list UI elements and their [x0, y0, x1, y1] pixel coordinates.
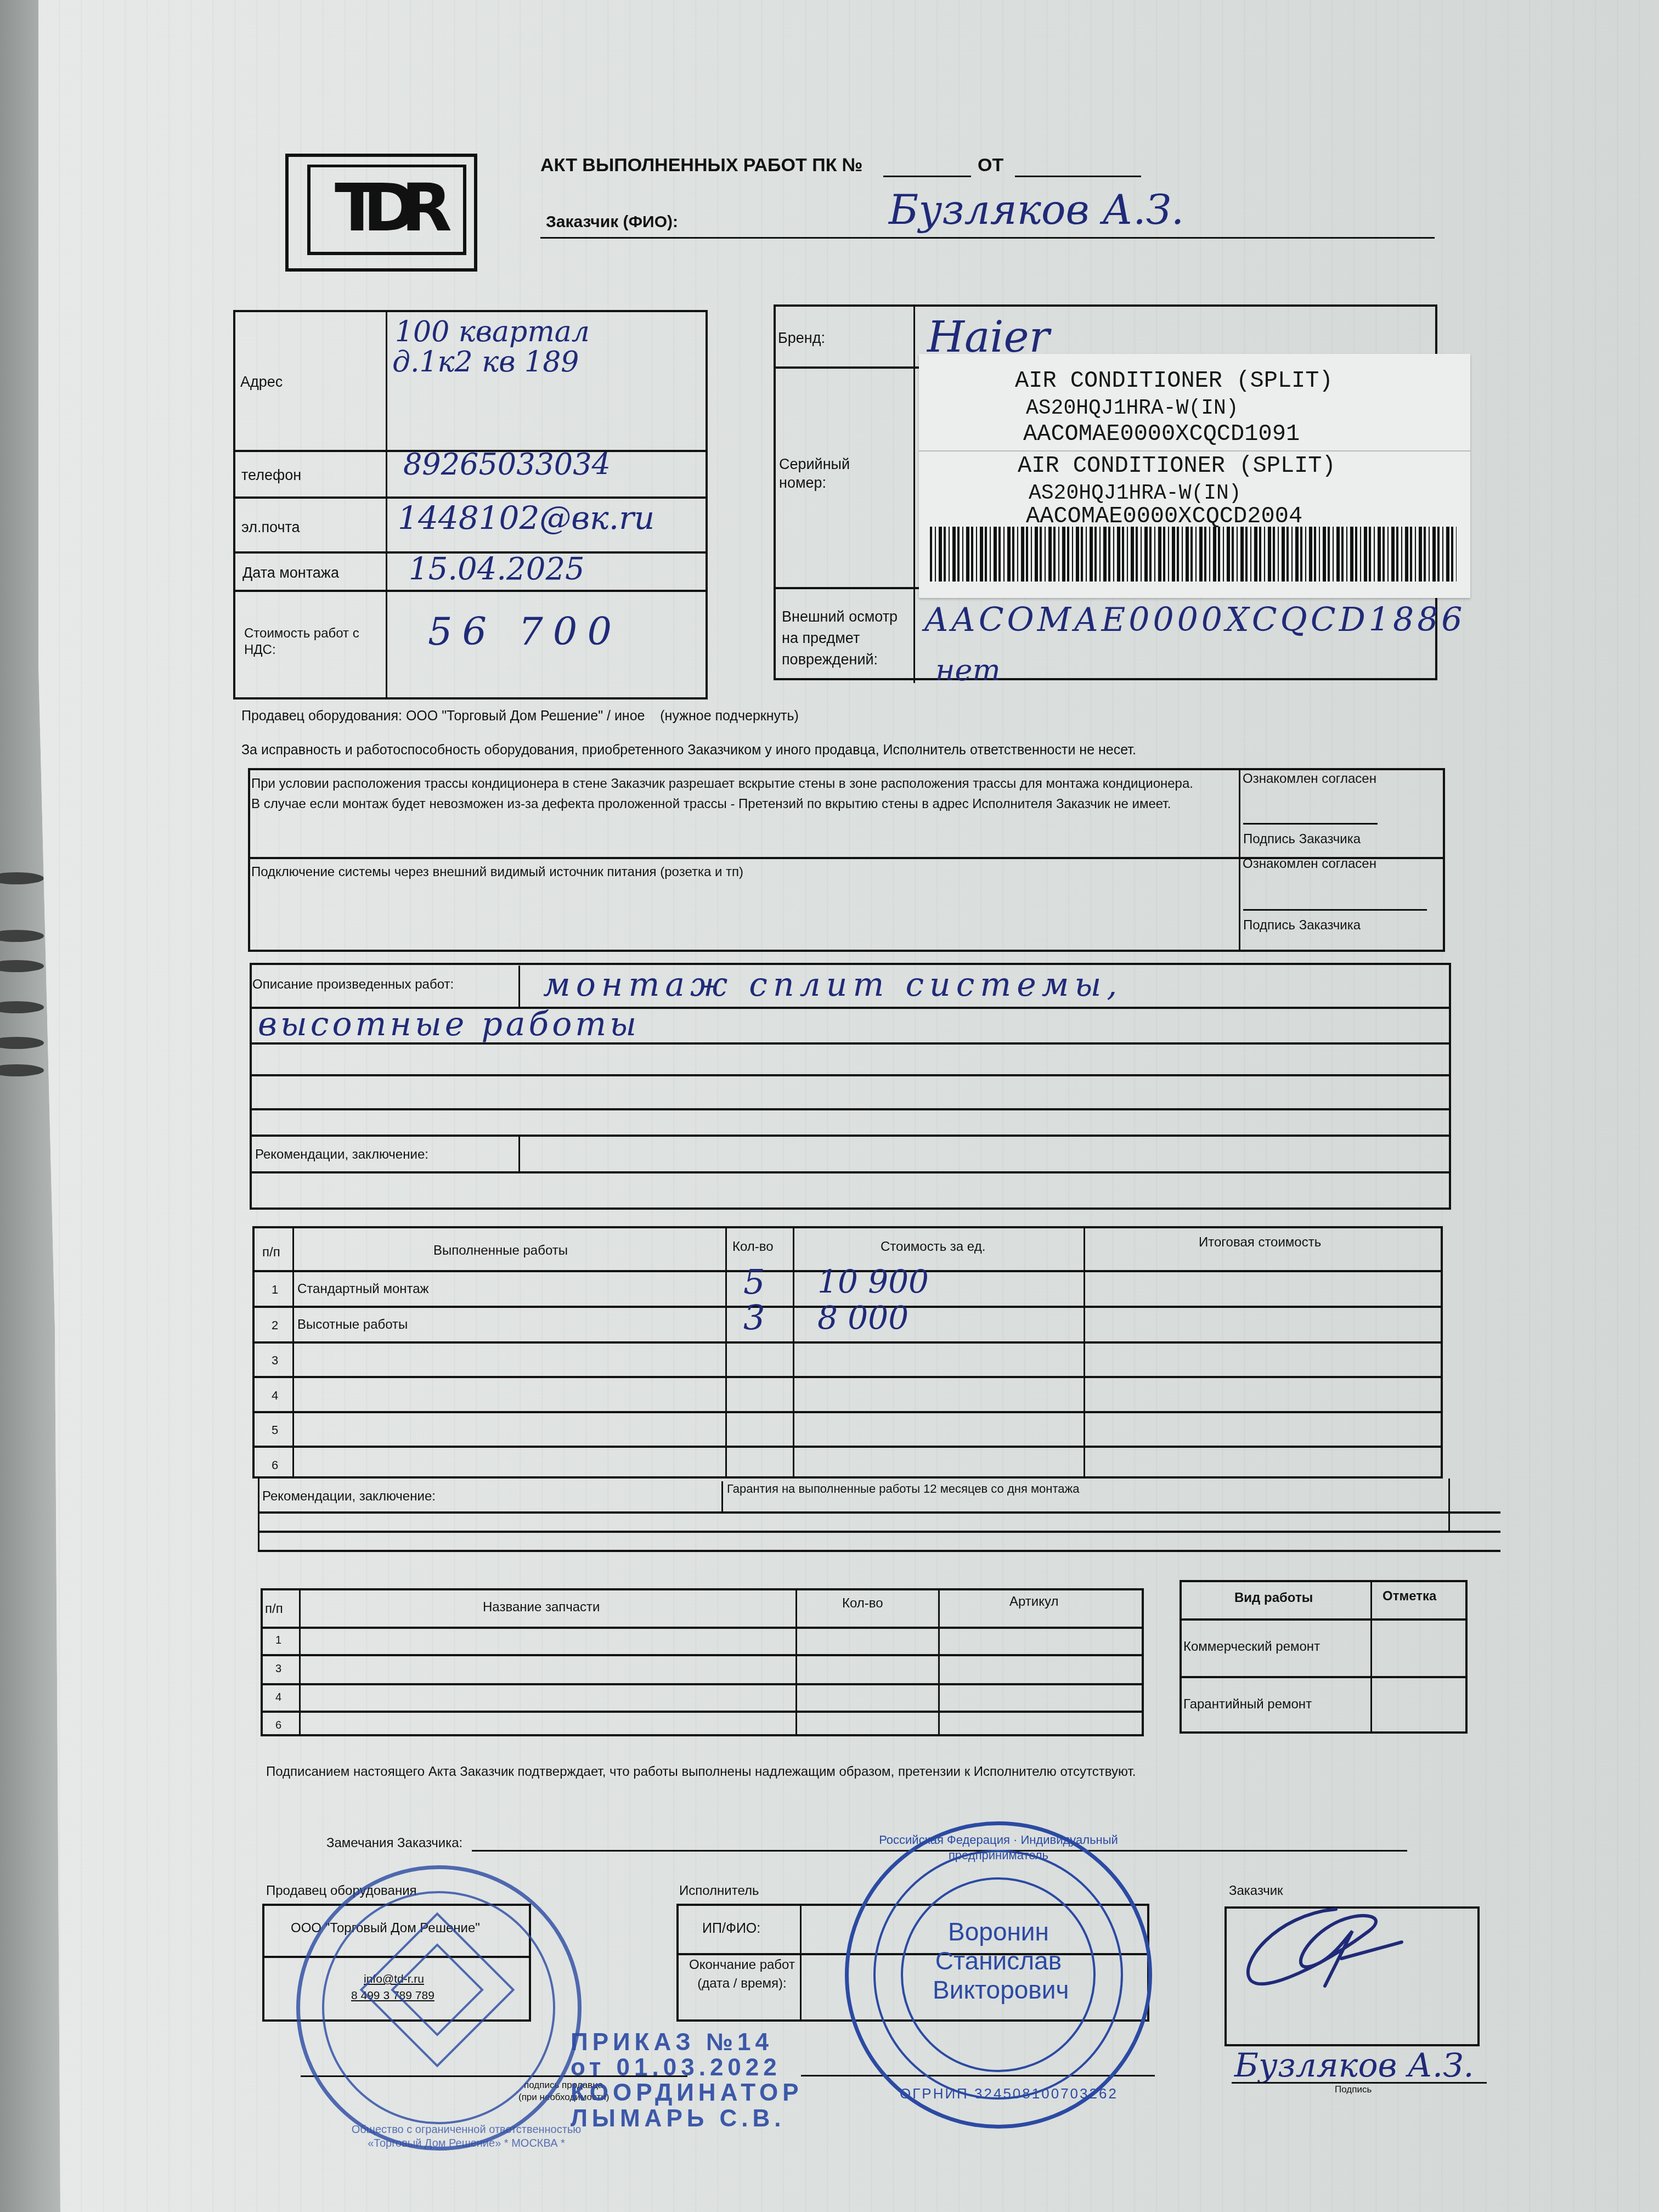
- executor-stamp-ring-text: Российская Федерация · Индивидуальный пр…: [872, 1832, 1125, 1863]
- works-header-name: Выполненные работы: [433, 1243, 568, 1259]
- works-row-name: Высотные работы: [297, 1317, 408, 1333]
- parts-header-num: п/п: [265, 1601, 283, 1617]
- commercial-repair-mark[interactable]: [1373, 1621, 1466, 1675]
- repair-type-commercial: Коммерческий ремонт: [1183, 1639, 1320, 1655]
- works-row-name: Стандартный монтаж: [297, 1281, 429, 1297]
- table-divider: [386, 310, 387, 699]
- row-divider: [774, 587, 919, 589]
- condition-wall-text: При условии расположения трассы кондицио…: [251, 774, 1233, 814]
- address-value-line2[interactable]: д.1к2 кв 189: [392, 346, 579, 379]
- work-description-value-line1[interactable]: монтаж сплит системы,: [543, 966, 1122, 1004]
- table-divider: [518, 1135, 520, 1172]
- executor-stamp-surname: Воронин: [933, 1917, 1064, 1946]
- works-header-price: Стоимость за ед.: [881, 1239, 985, 1255]
- executor-name-label: ИП/ФИО:: [702, 1920, 760, 1937]
- label-1-serial: AACOMAE0000XCQCD1091: [1023, 421, 1300, 447]
- col-divider: [795, 1588, 797, 1736]
- inspection-serial[interactable]: AACOMAE0000XCQCD1886: [924, 601, 1465, 639]
- cost-value[interactable]: 56 700: [428, 609, 622, 654]
- label-1-type: AIR CONDITIONER (SPLIT): [1015, 368, 1333, 394]
- sticker-divider: [919, 450, 1470, 452]
- condition-power-sign-label: Подпись Заказчика: [1243, 917, 1361, 934]
- label-1-model: AS20HQJ1HRA-W(IN): [1026, 397, 1239, 420]
- executor-stamp-patronymic: Викторович: [933, 1976, 1064, 2005]
- address-label: Адрес: [240, 373, 283, 392]
- client-name-value[interactable]: Бузляков А.З.: [889, 187, 1184, 234]
- row-divider: [250, 1074, 1451, 1076]
- works-row-num: 2: [272, 1318, 278, 1333]
- table-divider: [518, 966, 520, 1007]
- executor-stamp-name: Воронин Станислав Викторович: [933, 1917, 1064, 2005]
- install-date-label: Дата монтажа: [242, 564, 339, 583]
- executor-stamp-ogrnip: ОГРНИП 324508100703262: [900, 2085, 1118, 2103]
- row-divider: [774, 366, 919, 369]
- row-divider: [250, 1135, 1451, 1137]
- remarks-label: Замечания Заказчика:: [326, 1835, 462, 1852]
- email-value[interactable]: 1448102@вк.ru: [398, 499, 654, 537]
- row-divider: [252, 1446, 1443, 1448]
- inspection-value[interactable]: нет: [935, 653, 1001, 687]
- row-divider: [250, 1171, 1451, 1173]
- barcode: [930, 527, 1457, 582]
- parts-row-num: 6: [275, 1719, 281, 1733]
- row-divider: [252, 1341, 1443, 1344]
- col-divider: [1448, 1479, 1450, 1531]
- warranty-repair-mark[interactable]: [1373, 1678, 1466, 1733]
- row-divider: [261, 1683, 1144, 1685]
- seller-line-note: (нужное подчеркнуть): [660, 708, 799, 724]
- confirmation-text: Подписанием настоящего Акта Заказчик под…: [266, 1764, 1136, 1780]
- works-row-price[interactable]: 10 900: [817, 1263, 929, 1300]
- table-divider: [1239, 768, 1240, 952]
- row-divider: [258, 1550, 1500, 1552]
- act-number-field[interactable]: [883, 176, 971, 177]
- document-title: АКТ ВЫПОЛНЕННЫХ РАБОТ ПК №: [540, 154, 863, 177]
- customer-signature-scribble: [1226, 1898, 1457, 2008]
- act-date-label: ОТ: [978, 154, 1003, 177]
- seller-stamp: [296, 1865, 582, 2151]
- customer-block-title: Заказчик: [1229, 1883, 1283, 1899]
- condition-wall-sign-label: Подпись Заказчика: [1243, 831, 1361, 848]
- works-row-qty[interactable]: 3: [743, 1297, 765, 1338]
- condition-power-sign-field[interactable]: [1243, 909, 1427, 911]
- serial-label: Серийный номер:: [779, 455, 867, 493]
- col-divider: [292, 1226, 294, 1479]
- brand-label: Бренд:: [778, 329, 825, 348]
- parts-row-num: 4: [275, 1691, 281, 1705]
- work-description-value-line2[interactable]: высотные работы: [258, 1005, 640, 1043]
- col-divider: [1370, 1580, 1372, 1734]
- seller-line: Продавец оборудования: ООО "Торговый Дом…: [241, 708, 799, 725]
- binder-hole: [0, 1001, 44, 1013]
- col-divider: [299, 1588, 301, 1736]
- col-divider: [800, 1904, 802, 2022]
- client-name-label: Заказчик (ФИО):: [546, 212, 678, 233]
- binder-hole: [0, 872, 44, 884]
- company-logo-text: TDR: [335, 170, 436, 246]
- label-2-model: AS20HQJ1HRA-W(IN): [1029, 482, 1242, 505]
- executor-block-title: Исполнитель: [679, 1883, 759, 1899]
- phone-label: телефон: [241, 466, 301, 485]
- seller-line-text: Продавец оборудования: ООО "Торговый Дом…: [241, 708, 645, 724]
- works-header-total: Итоговая стоимость: [1199, 1234, 1321, 1251]
- label-2-type: AIR CONDITIONER (SPLIT): [1018, 453, 1336, 479]
- col-divider: [725, 1226, 727, 1479]
- parts-table: [261, 1588, 1144, 1736]
- install-date-value[interactable]: 15.04.2025: [409, 551, 585, 587]
- repair-header-type: Вид работы: [1234, 1590, 1313, 1606]
- binder-hole: [0, 1064, 44, 1076]
- works-row-price[interactable]: 8 000: [817, 1299, 909, 1336]
- col-divider: [938, 1588, 940, 1736]
- binder-hole: [0, 930, 44, 942]
- parts-header-name: Название запчасти: [483, 1599, 600, 1616]
- row-divider: [252, 1376, 1443, 1378]
- row-divider: [250, 963, 1451, 965]
- client-name-underline: [540, 237, 1435, 239]
- recommendations-label: Рекомендации, заключение:: [255, 1147, 428, 1163]
- label-2-serial: AACOMAE0000XCQCD2004: [1026, 503, 1302, 529]
- works-row-num: 1: [272, 1282, 278, 1297]
- binder-hole: [0, 960, 44, 972]
- condition-power-agree: Ознакомлен согласен: [1243, 856, 1376, 872]
- coordinator-stamp-order: ПРИКАЗ №14: [571, 2030, 803, 2055]
- row-divider: [233, 590, 708, 592]
- parts-header-article: Артикул: [1009, 1594, 1058, 1610]
- serial-barcode-sticker: AIR CONDITIONER (SPLIT) AS20HQJ1HRA-W(IN…: [919, 354, 1470, 598]
- parts-row-num: 3: [275, 1662, 281, 1676]
- disclaimer-text: За исправность и работоспособность обору…: [241, 742, 1136, 759]
- row-divider: [233, 496, 708, 499]
- executor-stamp-firstname: Станислав: [933, 1946, 1064, 1976]
- works-row-qty[interactable]: 5: [743, 1262, 765, 1302]
- coordinator-stamp-role: КООРДИНАТОР: [571, 2080, 803, 2106]
- condition-power-text: Подключение системы через внешний видимы…: [251, 864, 743, 881]
- phone-value[interactable]: 89265033034: [403, 447, 611, 482]
- parts-header-qty: Кол-во: [842, 1595, 883, 1612]
- work-description-label: Описание произведенных работ:: [252, 977, 454, 993]
- binder-hole: [0, 1037, 44, 1049]
- condition-wall-sign-field[interactable]: [1243, 823, 1378, 825]
- cost-label: Стоимость работ с НДС:: [244, 625, 376, 658]
- condition-wall-agree: Ознакомлен согласен: [1243, 771, 1376, 787]
- works-recommendations-label: Рекомендации, заключение:: [262, 1488, 436, 1505]
- row-divider: [261, 1711, 1144, 1713]
- customer-signature-name: Бузляков А.З.: [1234, 2046, 1474, 2085]
- repair-type-warranty: Гарантийный ремонт: [1183, 1696, 1312, 1713]
- warranty-text: Гарантия на выполненные работы 12 месяце…: [727, 1481, 1079, 1497]
- works-header-qty: Кол-во: [732, 1239, 774, 1255]
- coordinator-stamp: ПРИКАЗ №14 от 01.03.2022 КООРДИНАТОР ЛЫМ…: [571, 2030, 803, 2131]
- row-divider: [258, 1511, 1500, 1514]
- repair-header-mark: Отметка: [1383, 1588, 1436, 1605]
- email-label: эл.почта: [241, 518, 300, 537]
- works-row-num: 6: [272, 1458, 278, 1473]
- row-divider: [250, 1108, 1451, 1110]
- works-row-num: 3: [272, 1353, 278, 1368]
- customer-sign-caption: Подпись: [1335, 2084, 1372, 2095]
- row-divider: [261, 1654, 1144, 1656]
- act-date-field[interactable]: [1015, 176, 1141, 177]
- row-divider: [261, 1627, 1144, 1629]
- inspection-label: Внешний осмотр на предмет повреждений:: [782, 606, 913, 670]
- col-divider: [793, 1226, 794, 1479]
- coordinator-stamp-date: от 01.03.2022: [571, 2055, 803, 2080]
- works-row-num: 5: [272, 1423, 278, 1438]
- address-value-line1[interactable]: 100 квартал: [395, 315, 590, 348]
- works-row-num: 4: [272, 1388, 278, 1403]
- col-divider: [1084, 1226, 1085, 1479]
- row-divider: [258, 1531, 1500, 1533]
- parts-row-num: 1: [275, 1634, 281, 1647]
- col-divider: [258, 1479, 259, 1550]
- table-divider: [913, 304, 915, 683]
- executor-end-label: Окончание работ (дата / время):: [689, 1956, 795, 1993]
- works-header-num: п/п: [262, 1244, 280, 1261]
- col-divider: [721, 1481, 723, 1511]
- coordinator-stamp-name: ЛЫМАРЬ С.В.: [571, 2106, 803, 2131]
- row-divider: [252, 1411, 1443, 1413]
- seller-stamp-text: Общество с ограниченной ответственностью…: [324, 2123, 609, 2151]
